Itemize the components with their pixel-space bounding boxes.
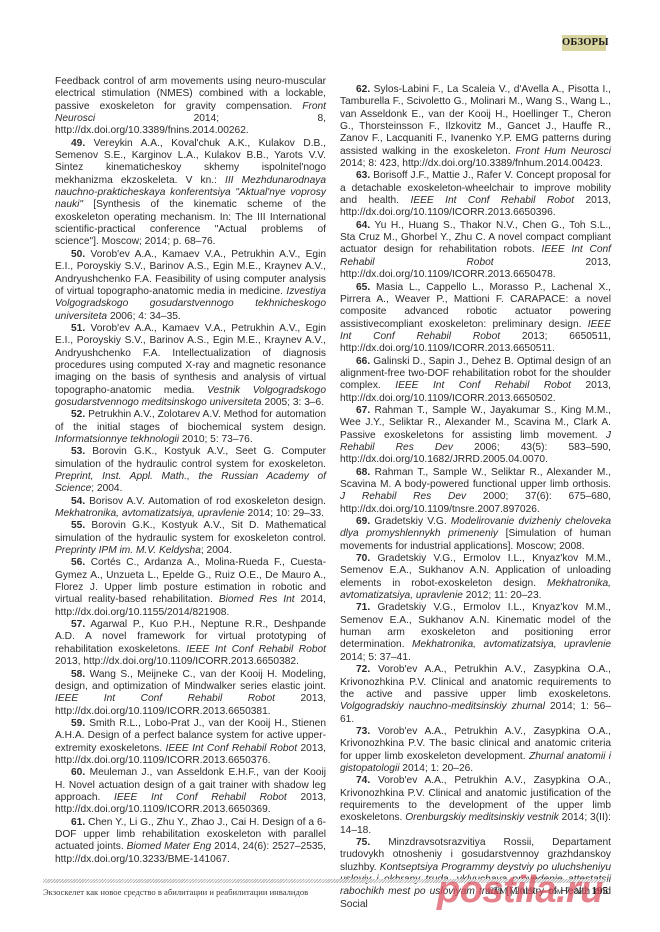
ref-tail: [Synthesis of the kinematic scheme of th… <box>55 199 326 247</box>
reference-item: 55. Borovin G.K., Kostyuk A.V., Sit D. M… <box>55 520 326 557</box>
ref-journal: IEEE Int Conf Rehabil Robot <box>166 743 298 754</box>
ref-text: Borovin G.K., Kostyuk A.V., Seet G. Comp… <box>55 446 326 469</box>
reference-item: 63. Borisoff J.F., Mattie J., Rafer V. C… <box>340 170 611 219</box>
ref-tail: 2014; 10: 29–33. <box>245 508 324 519</box>
reference-item: 62. Sylos-Labini F., La Scaleia V., d'Av… <box>340 84 611 170</box>
ref-journal: Orenburgskiy meditsinskiy vestnik <box>405 812 559 823</box>
ref-number: 75. <box>356 837 370 848</box>
ref-journal: IEEE Int Conf Rehabil Robot <box>186 644 326 655</box>
reference-item: 61. Chen Y., Li G., Zhu Y., Zhao J., Cai… <box>55 817 326 866</box>
ref-journal: IEEE Int Conf Rehabil Robot <box>55 693 275 704</box>
reference-item: 56. Cortés C., Ardanza A., Molina-Rueda … <box>55 557 326 619</box>
reference-list-right: 62. Sylos-Labini F., La Scaleia V., d'Av… <box>340 84 611 911</box>
ref-number: 62. <box>356 84 370 95</box>
ref-tail: 2006; 4: 34–35. <box>107 311 181 322</box>
ref-number: 53. <box>71 446 85 457</box>
reference-item: 49. Vereykin A.A., Koval'chuk A.K., Kula… <box>55 138 326 249</box>
ref-journal: Mekhatronika, avtomatizatsiya, upravleni… <box>412 639 611 650</box>
ref-number: 59. <box>71 718 85 729</box>
ref-journal: Biomed Mater Eng <box>127 841 212 852</box>
ref-number: 70. <box>356 553 370 564</box>
ref-number: 55. <box>71 520 85 531</box>
ref-number: 63. <box>356 170 370 181</box>
ref-tail: 2014; 1: 20–26. <box>399 763 473 774</box>
ref-tail: 2010; 5: 73–76. <box>179 434 253 445</box>
reference-item: 57. Agarwal P., Kuo P.H., Neptune R.R., … <box>55 619 326 668</box>
reference-item: 70. Gradetskiy V.G., Ermolov I.L., Knyaz… <box>340 553 611 602</box>
ref-text: Feedback control of arm movements using … <box>55 76 326 112</box>
ref-number: 67. <box>356 405 370 416</box>
ref-number: 71. <box>356 602 370 613</box>
ref-text: Vorob'ev A.A., Petrukhin A.V., Zasypkina… <box>340 664 611 700</box>
reference-item: 67. Rahman T., Sample W., Jayakumar S., … <box>340 405 611 467</box>
ref-number: 60. <box>71 767 85 778</box>
ref-number: 50. <box>71 249 85 260</box>
ref-number: 72. <box>356 664 370 675</box>
reference-item: 64. Yu H., Huang S., Thakor N.V., Chen G… <box>340 220 611 282</box>
ref-text: Gradetskiy V.G. <box>370 516 451 527</box>
ref-number: 58. <box>71 669 85 680</box>
ref-number: 74. <box>356 775 370 786</box>
reference-item: 59. Smith R.L., Lobo-Prat J., van der Ko… <box>55 718 326 767</box>
references-right-column: 62. Sylos-Labini F., La Scaleia V., d'Av… <box>340 84 611 911</box>
reference-item: 58. Wang S., Meijneke C., van der Kooij … <box>55 669 326 718</box>
ref-journal: Front Hum Neurosci <box>516 146 611 157</box>
ref-number: 57. <box>71 619 85 630</box>
ref-number: 49. <box>71 138 85 149</box>
ref-journal: IEEE Int Conf Rehabil Robot <box>114 792 287 803</box>
ref-number: 61. <box>71 817 85 828</box>
ref-text: Borisov A.V. Automation of rod exoskelet… <box>85 496 326 507</box>
ref-tail: ; 2004. <box>91 483 122 494</box>
reference-item: 68. Rahman T., Sample W., Seliktar R., A… <box>340 467 611 516</box>
ref-tail: 2005; 3: 3–6. <box>262 397 324 408</box>
ref-tail: 2014; 5: 37–41. <box>340 652 411 663</box>
ref-text: Wang S., Meijneke C., van der Kooij H. M… <box>55 669 326 692</box>
ref-number: 73. <box>356 726 370 737</box>
ref-number: 65. <box>356 282 370 293</box>
ref-journal: Volgogradskiy nauchno-meditsinskiy zhurn… <box>340 701 545 712</box>
ref-tail: 2014; 8: 423, http://dx.doi.org/10.3389/… <box>340 158 603 169</box>
ref-text: Masia L., Cappello L., Morasso P., Lache… <box>340 282 611 330</box>
ref-number: 69. <box>356 516 370 527</box>
ref-number: 52. <box>71 409 85 420</box>
ref-journal: Mekhatronika, avtomatizatsiya, upravleni… <box>55 508 245 519</box>
reference-item: 65. Masia L., Cappello L., Morasso P., L… <box>340 282 611 356</box>
reference-item: 71. Gradetskiy V.G., Ermolov I.L., Knyaz… <box>340 602 611 664</box>
ref-journal: J Rehabil Res Dev <box>340 491 466 502</box>
ref-text: Petrukhin A.V., Zolotarev A.V. Method fo… <box>55 409 326 432</box>
ref-number: 64. <box>356 220 370 231</box>
references-left-column: Feedback control of arm movements using … <box>55 76 326 866</box>
ref-journal: Preprinty IPM im. M.V. Keldysha <box>55 545 201 556</box>
reference-item: 52. Petrukhin A.V., Zolotarev A.V. Metho… <box>55 409 326 446</box>
ref-tail: 2013, http://dx.doi.org/10.1109/ICORR.20… <box>55 656 299 667</box>
ref-number: 54. <box>71 496 85 507</box>
reference-item: 54. Borisov A.V. Automation of rod exosk… <box>55 496 326 521</box>
ref-number: 51. <box>71 323 85 334</box>
watermark-logo[interactable]: postila.ru <box>437 870 603 910</box>
reference-item: 50. Vorob'ev A.A., Kamaev V.A., Petrukhi… <box>55 249 326 323</box>
running-title: Экзоскелет как новое средство в абилитац… <box>43 887 308 897</box>
ref-text: Borovin G.K., Kostyuk A.V., Sit D. Mathe… <box>55 520 326 543</box>
reference-list-left: 49. Vereykin A.A., Koval'chuk A.K., Kula… <box>55 138 326 866</box>
ref-number: 66. <box>356 356 370 367</box>
ref-journal: Informatsionnye tekhnologii <box>55 434 179 445</box>
reference-item: 69. Gradetskiy V.G. Modelirovanie dvizhe… <box>340 516 611 553</box>
reference-item: 72. Vorob'ev A.A., Petrukhin A.V., Zasyp… <box>340 664 611 726</box>
reference-item: 66. Galinski D., Sapin J., Dehez B. Opti… <box>340 356 611 405</box>
reference-item: 73. Vorob'ev A.A., Petrukhin A.V., Zasyp… <box>340 726 611 775</box>
reference-item: 60. Meuleman J., van Asseldonk E.H.F., v… <box>55 767 326 816</box>
reference-item: 51. Vorob'ev A.A., Kamaev V.A., Petrukhi… <box>55 323 326 409</box>
reference-item: 53. Borovin G.K., Kostyuk A.V., Seet G. … <box>55 446 326 495</box>
ref-number: 56. <box>71 557 85 568</box>
ref-number: 68. <box>356 467 370 478</box>
ref-journal: IEEE Int Conf Rehabil Robot <box>410 195 574 206</box>
ref-text: Rahman T., Sample W., Seliktar R., Alexa… <box>340 467 611 490</box>
reference-continuation: Feedback control of arm movements using … <box>55 76 326 138</box>
ref-journal: Biomed Res Int <box>219 594 295 605</box>
ref-tail: 2014; 8, http://dx.doi.org/10.3389/fnins… <box>55 113 326 136</box>
ref-text: Rahman T., Sample W., Jayakumar S., King… <box>340 405 611 441</box>
ref-tail: 2012; 11: 20–23. <box>463 590 542 601</box>
ref-journal: IEEE Int Conf Rehabil Robot <box>395 380 571 391</box>
ref-tail: ; 2004. <box>201 545 232 556</box>
reference-item: 74. Vorob'ev A.A., Petrukhin A.V., Zasyp… <box>340 775 611 837</box>
section-badge: ОБЗОРЫ <box>562 35 606 51</box>
